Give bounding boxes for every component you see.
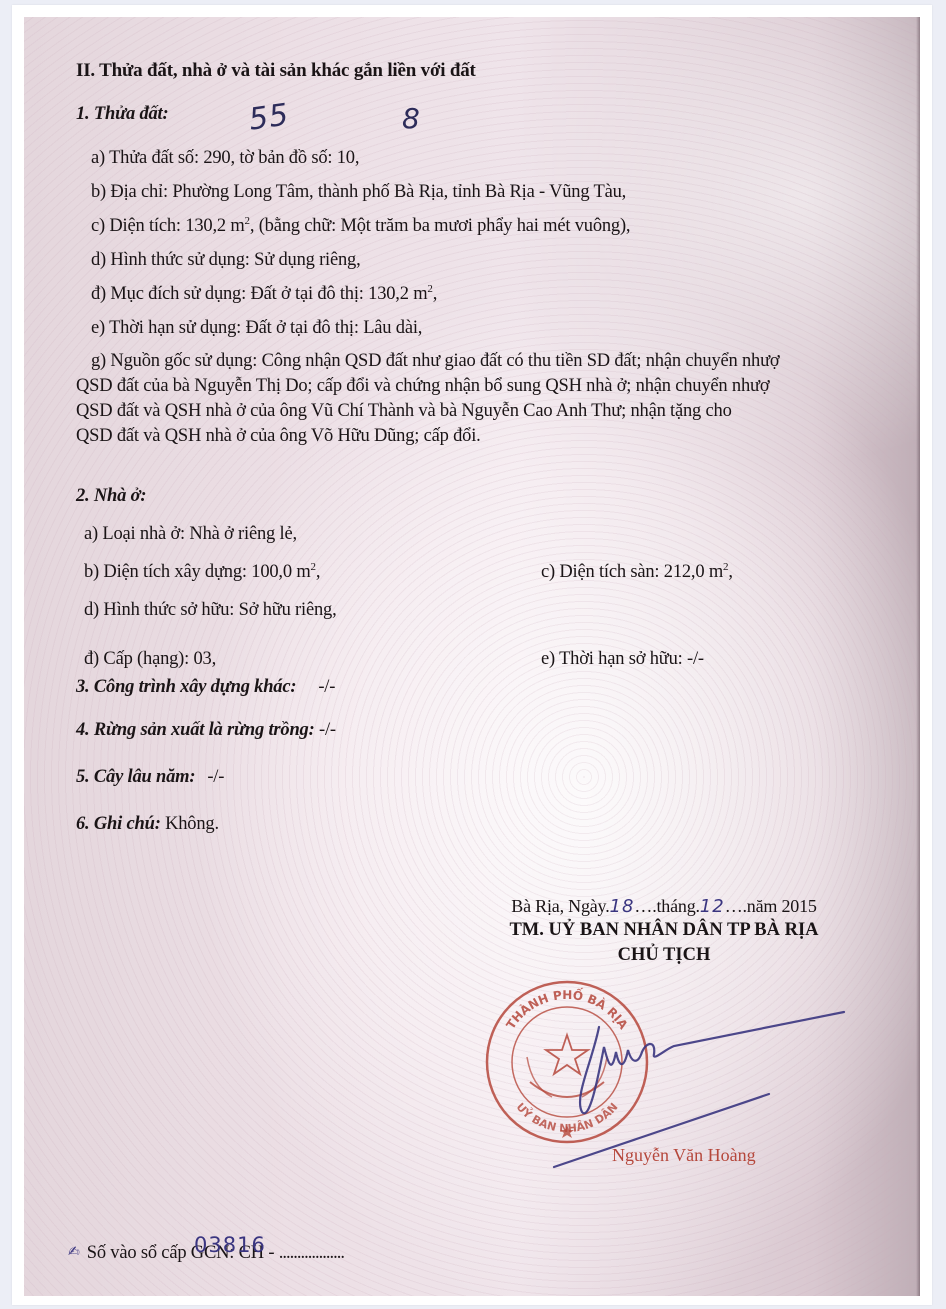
land-origin-line-4: QSD đất và QSH nhà ở của ông Võ Hữu Dũng… [76,426,481,447]
house-ownership-form: d) Hình thức sở hữu: Sở hữu riêng, [84,600,337,621]
handwritten-registry-number: 03816 [194,1233,266,1257]
place-date: Bà Rịa, Ngày.18….tháng.12….năm 2015 [444,896,884,917]
section-title: II. Thửa đất, nhà ở và tài sản khác gắn … [76,60,476,82]
signer-title: CHỦ TỊCH [444,945,884,966]
land-origin-line-2: QSD đất của bà Nguyễn Thị Do; cấp đổi và… [76,376,769,397]
house-build-area: b) Diện tích xây dựng: 100,0 m2, [84,562,320,583]
land-address: b) Địa chỉ: Phường Long Tâm, thành phố B… [91,182,626,203]
signer-name: Nguyễn Văn Hoàng [612,1145,756,1166]
land-usage-term: e) Thời hạn sử dụng: Đất ở tại đô thị: L… [91,318,422,339]
registry-number: ✍Số vào sổ cấp GCN: CH - ...............… [74,1239,416,1264]
house-heading: 2. Nhà ở: [76,486,146,507]
handwritten-mark-1: 55 [247,97,292,137]
handwritten-mark-2: 8 [402,102,421,135]
house-type: a) Loại nhà ở: Nhà ở riêng lẻ, [84,524,297,545]
land-plot-number: a) Thửa đất số: 290, tờ bản đồ số: 10, [91,148,359,169]
perennial-trees: 5. Cây lâu năm:-/- [76,767,224,788]
handwritten-day: 18 [610,896,635,917]
planted-forest: 4. Rừng sản xuất là rừng trồng: -/- [76,720,336,741]
land-certificate-page: II. Thửa đất, nhà ở và tài sản khác gắn … [24,17,920,1296]
handwritten-month: 12 [700,896,725,917]
land-usage-form: d) Hình thức sử dụng: Sử dụng riêng, [91,250,361,271]
house-grade: đ) Cấp (hạng): 03, [84,649,216,670]
note: 6. Ghi chú: Không. [76,814,219,835]
land-usage-purpose: đ) Mục đích sử dụng: Đất ở tại đô thị: 1… [91,284,437,305]
registry-initial-mark: ✍ [68,1244,81,1260]
issuing-authority: TM. UỶ BAN NHÂN DÂN TP BÀ RỊA [444,920,884,941]
land-heading: 1. Thửa đất: [76,104,168,125]
other-construction: 3. Công trình xây dựng khác:-/- [76,677,335,698]
house-ownership-term: e) Thời hạn sở hữu: -/- [541,649,704,670]
land-origin-line-1: g) Nguồn gốc sử dụng: Công nhận QSD đất … [91,351,780,372]
house-floor-area: c) Diện tích sàn: 212,0 m2, [541,562,733,583]
land-origin-line-3: QSD đất và QSH nhà ở của ông Vũ Chí Thàn… [76,401,732,422]
land-area: c) Diện tích: 130,2 m2, (bằng chữ: Một t… [91,216,630,237]
